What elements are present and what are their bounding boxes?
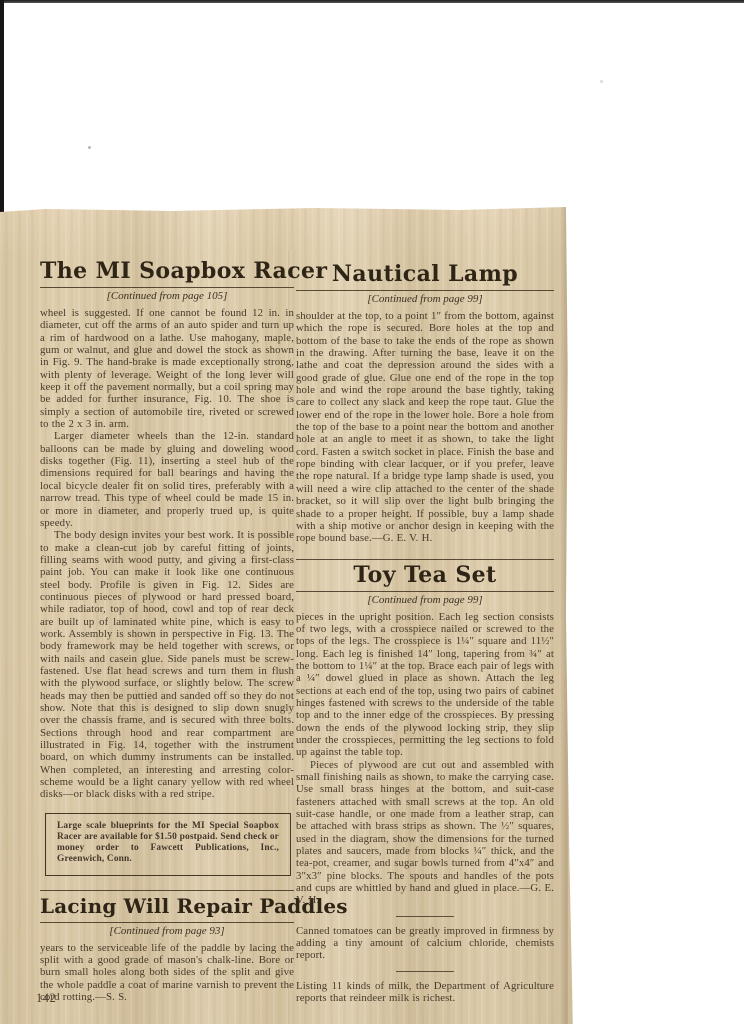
article-paragraph: Larger diameter wheels than the 12-in. s… <box>40 430 294 529</box>
article-paragraph: years to the serviceable life of the pad… <box>40 942 294 1004</box>
continued-from-note: [Continued from page 93] <box>40 925 294 938</box>
filler-note-tomatoes: Canned tomatoes can be greatly improved … <box>296 925 554 962</box>
blueprint-offer-box: Large scale blueprints for the MI Specia… <box>45 813 291 876</box>
column-left: The MI Soapbox Racer [Continued from pag… <box>40 258 294 1003</box>
continued-from-note: [Continued from page 99] <box>296 293 554 306</box>
scan-speck <box>600 80 603 83</box>
article-paragraph: pieces in the upright position. Each leg… <box>296 611 554 759</box>
title-rule <box>40 922 294 923</box>
section-rule <box>296 559 554 560</box>
scanner-edge-top <box>0 0 744 3</box>
article-paragraph: The body design invites your best work. … <box>40 529 294 801</box>
article-paragraph: Pieces of plywood are cut out and assemb… <box>296 759 554 907</box>
article-paragraph: shoulder at the top, to a point 1″ from … <box>296 310 554 545</box>
continued-from-note: [Continued from page 105] <box>40 290 294 303</box>
title-rule <box>296 591 554 592</box>
article-title-lacing-paddles: Lacing Will Repair Paddles <box>40 893 294 919</box>
scanner-edge-left <box>0 0 4 213</box>
article-paragraph: wheel is suggested. If one cannot be fou… <box>40 307 294 430</box>
scan-speck <box>88 146 91 149</box>
section-rule <box>40 890 294 891</box>
title-rule <box>296 290 554 291</box>
filler-note-milk: Listing 11 kinds of milk, the Department… <box>296 980 554 1005</box>
page-number: 142 <box>36 991 56 1006</box>
filler-divider <box>396 916 454 917</box>
article-title-toy-tea-set: Toy Tea Set <box>296 562 554 588</box>
article-title-nautical-lamp: Nautical Lamp <box>296 261 554 287</box>
column-right: Nautical Lamp [Continued from page 99] s… <box>296 261 554 1005</box>
title-rule <box>40 287 294 288</box>
filler-divider <box>396 971 454 972</box>
article-title-soapbox-racer: The MI Soapbox Racer <box>40 258 294 284</box>
continued-from-note: [Continued from page 99] <box>296 594 554 607</box>
